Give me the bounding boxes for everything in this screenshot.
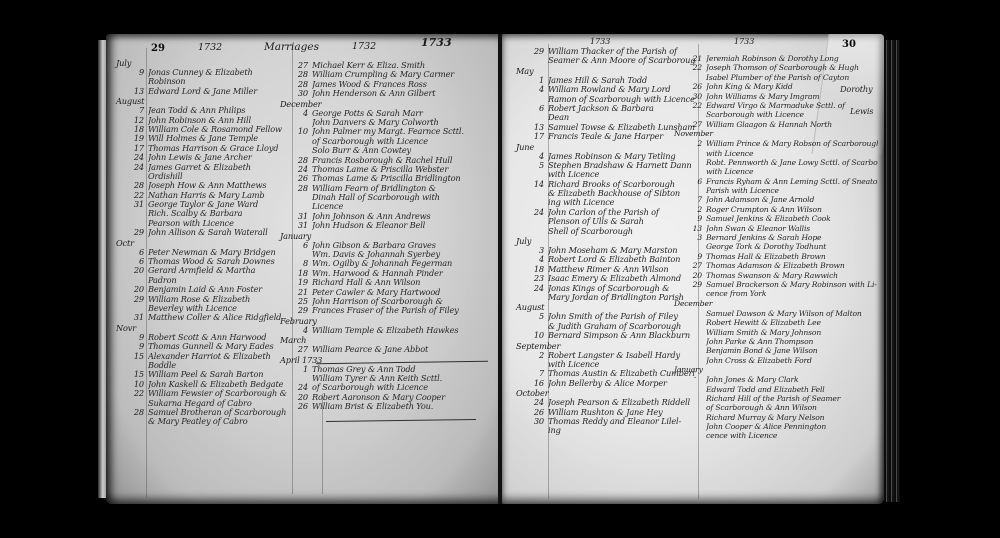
entry-text: Thomas Grey & Ann Todd — [312, 365, 499, 374]
entry-text: Dean — [548, 113, 696, 122]
marriage-entry: 20Robert Aaronson & Mary Cooper — [294, 393, 499, 402]
entry-day: 17 — [530, 132, 548, 141]
entry-day: 10 — [294, 127, 312, 136]
entry-day: 16 — [530, 379, 548, 388]
header-year: 1733 — [421, 36, 452, 49]
entry-text: & Elizabeth Backhouse of Sibton — [548, 189, 696, 198]
entry-day: 27 — [688, 261, 706, 270]
entry-text: John Lewis & Jane Archer — [148, 153, 290, 162]
entry-text: of Scarborough & Ann Wilson — [706, 403, 878, 412]
marriage-entry: Licence — [294, 202, 499, 211]
entry-day — [294, 193, 312, 202]
entry-text: William Fewsier of Scarborough & — [148, 389, 290, 398]
page-number: 30 — [842, 39, 856, 50]
entry-day: 2 — [530, 351, 548, 360]
entry-text: Padron — [148, 276, 290, 285]
entry-text: Seamer & Ann Moore of Scarborough — [548, 56, 696, 65]
marriage-entry: Ramon of Scarborough with Licence — [530, 95, 696, 104]
entry-text: John Cooper & Alice Pennington — [706, 422, 878, 431]
marriage-entry: 3John Moseham & Mary Marston — [530, 246, 696, 255]
page-number: 29 — [151, 43, 165, 54]
marriage-entry: 13Edward Lord & Jane Miller — [130, 87, 290, 96]
entry-day: 29 — [130, 295, 148, 304]
entry-day — [688, 413, 706, 422]
marriage-entry: 29John Allison & Sarah Waterall — [130, 228, 290, 237]
entry-text: John Robinson & Ann Hill — [148, 116, 290, 125]
marriage-entry: 22Joseph Thomson of Scarborough & Hugh — [688, 63, 878, 72]
marriage-entry: Robinson — [130, 77, 290, 86]
marriage-entry: of Scarborough with Licence — [294, 137, 499, 146]
entry-text: Edward Todd and Elizabeth Fell — [706, 385, 878, 394]
entry-text: Richard Hall & Ann Wilson — [312, 278, 499, 287]
marriage-entry: 16John Bellerby & Alice Morper — [530, 379, 696, 388]
entry-day — [688, 242, 706, 251]
marriage-entry: with Licence — [688, 149, 878, 158]
marriage-entry: 6John Gibson & Barbara Graves — [294, 241, 499, 250]
marriage-entry: 20Thomas Swanson & Mary Rawwich — [688, 271, 878, 280]
entry-text: with Licence — [706, 167, 878, 176]
entry-day: 24 — [530, 284, 548, 293]
entry-day: 5 — [530, 312, 548, 321]
entry-text: Francis Ryham & Ann Leming Scttl. of Sne… — [706, 177, 878, 186]
marriage-entry: 9Thomas Gunnell & Mary Eades — [130, 342, 290, 351]
entry-day — [688, 318, 706, 327]
entry-text: Rich. Scalby & Barbara — [148, 209, 290, 218]
marriage-entry: 8Wm. Ogilby & Johannah Fegerman — [294, 259, 499, 268]
entry-text: Robert Hewitt & Elizabeth Lee — [706, 318, 878, 327]
open-register-book: 29 1732 Marriages 1732 1733 July9Jonas C… — [98, 34, 898, 508]
marriage-entry: 24James Garret & Elizabeth — [130, 163, 290, 172]
entry-text: Robert Scott & Ann Harwood — [148, 333, 290, 342]
marriage-entry: 27William Pearce & Jane Abbot — [294, 345, 499, 354]
marriage-entry: John Parke & Ann Thompson — [688, 337, 878, 346]
entry-text: Thomas Adamson & Elizabeth Brown — [706, 261, 878, 270]
entry-text: William Temple & Elizabeth Hawkes — [312, 326, 499, 335]
entry-day: 7 — [688, 195, 706, 204]
marriage-entry: 4William Rowland & Mary Lord — [530, 85, 696, 94]
entry-day — [688, 167, 706, 176]
entry-day — [688, 110, 706, 119]
entry-day — [688, 149, 706, 158]
entry-text: John Bellerby & Alice Morper — [548, 379, 696, 388]
marriage-entry: 13John Swan & Eleanor Wallis — [688, 224, 878, 233]
marriage-entry: 29William Thacker of the Parish of — [530, 47, 696, 56]
entry-day — [130, 209, 148, 218]
entry-text: Will Holmes & Jane Temple — [148, 134, 290, 143]
entry-text: John Carlon of the Parish of — [548, 208, 696, 217]
entry-text: Alexander Harriot & Elizabeth — [148, 352, 290, 361]
entry-text: Samuel Dawson & Mary Wilson of Malton — [706, 309, 878, 318]
entry-text: John Smith of the Parish of Filey — [548, 312, 696, 321]
entry-text: William Tyrer & Ann Keith Scttl. — [312, 374, 499, 383]
entry-text: William Prince & Mary Robson of Scarboro… — [706, 139, 878, 148]
marriage-entry: John Danvers & Mary Colworth — [294, 118, 499, 127]
marriage-entry: 14Richard Brooks of Scarborough — [530, 180, 696, 189]
entry-text: Bernard Simpson & Ann Blackburn — [548, 331, 696, 340]
marriage-entry: 12John Robinson & Ann Hill — [130, 116, 290, 125]
entry-day: 6 — [530, 104, 548, 113]
entry-day: 29 — [130, 228, 148, 237]
entry-day: 21 — [688, 54, 706, 63]
entry-text: Thomas Harrison & Grace Lloyd — [148, 144, 290, 153]
entry-text: ing with Licence — [548, 198, 696, 207]
marriage-entry: cence with Licence — [688, 431, 878, 440]
margin-note: Dorothy — [840, 84, 872, 94]
entry-text: Samuel Jenkins & Elizabeth Cook — [706, 214, 878, 223]
entry-text: Ordishill — [148, 172, 290, 181]
entry-day: 27 — [688, 120, 706, 129]
entry-text: George Taylor & Jane Ward — [148, 200, 290, 209]
entry-text: William Smith & Mary Johnson — [706, 328, 878, 337]
marriage-entry: of Scarborough & Ann Wilson — [688, 403, 878, 412]
marriage-entry: 18Matthew Rimer & Ann Wilson — [530, 265, 696, 274]
entry-text: Robert Jackson & Barbara — [548, 104, 696, 113]
marriage-entry: William Tyrer & Ann Keith Scttl. — [294, 374, 499, 383]
entry-text: John Adamson & Jane Arnold — [706, 195, 878, 204]
entry-text: Sukarna Hegard of Cabro — [148, 399, 290, 408]
entry-text: John Jones & Mary Clark — [706, 375, 878, 384]
entry-text: Benjamin Laid & Ann Foster — [148, 285, 290, 294]
marriage-entry: 4William Temple & Elizabeth Hawkes — [294, 326, 499, 335]
marriage-entry: Samuel Dawson & Mary Wilson of Malton — [688, 309, 878, 318]
entry-text: Gerard Armfield & Martha — [148, 266, 290, 275]
marriage-entry: 18Wm. Harwood & Hannah Pinder — [294, 269, 499, 278]
entry-text: Thomas Swanson & Mary Rawwich — [706, 271, 878, 280]
entry-text: William Crumpling & Mary Carmer — [312, 70, 499, 79]
entry-text: Matthew Coller & Alice Ridgfield — [148, 313, 290, 322]
marriage-entry: 15Alexander Harriot & Elizabeth — [130, 352, 290, 361]
entry-text: with Licence — [548, 170, 696, 179]
entry-text: ing — [548, 426, 696, 435]
entry-text: Isaac Emery & Elizabeth Almond — [548, 274, 696, 283]
entry-text: William Rushton & Jane Hey — [548, 408, 696, 417]
marriage-entry: John Cooper & Alice Pennington — [688, 422, 878, 431]
marriage-entry: 27Michael Kerr & Eliza. Smith — [294, 61, 499, 70]
marriage-entry: Edward Todd and Elizabeth Fell — [688, 385, 878, 394]
marriage-entry: Robert Hewitt & Elizabeth Lee — [688, 318, 878, 327]
entry-text: John Danvers & Mary Colworth — [312, 118, 499, 127]
entry-text: Stephen Bradshaw & Harnett Dann — [548, 161, 696, 170]
entry-text: John Johnson & Ann Andrews — [312, 212, 499, 221]
entry-text: William Rose & Elizabeth — [148, 295, 290, 304]
entry-text: John Kaskell & Elizabeth Bedgate — [148, 380, 290, 389]
entry-text: William Glaagon & Hannah North — [706, 120, 878, 129]
entry-day: 9 — [688, 252, 706, 261]
marriage-entry: 9Thomas Hall & Elizabeth Brown — [688, 252, 878, 261]
entry-text: of Scarborough with Licence — [312, 383, 499, 392]
entry-day — [688, 186, 706, 195]
entry-text: Isabel Plumber of the Parish of Cayton — [706, 73, 878, 82]
marriage-entry: 9Robert Scott & Ann Harwood — [130, 333, 290, 342]
marriage-entry: John Cross & Elizabeth Ford — [688, 356, 878, 365]
entry-text: Wm. Harwood & Hannah Pinder — [312, 269, 499, 278]
entry-day: 1 — [294, 365, 312, 374]
entry-text: with Licence — [706, 149, 878, 158]
entry-day: 22 — [688, 63, 706, 72]
marriage-entry: 4James Robinson & Mary Tetling — [530, 152, 696, 161]
marriage-entry: Sukarna Hegard of Cabro — [130, 399, 290, 408]
header-title: Marriages — [264, 41, 319, 53]
entry-text: Peter Newman & Mary Bridgen — [148, 248, 290, 257]
entry-day: 15 — [130, 352, 148, 361]
entry-day: 13 — [688, 224, 706, 233]
entry-text: cence with Licence — [706, 431, 878, 440]
entry-text: Wm. Davis & Johannah Syerbey — [312, 250, 499, 259]
entry-text: John Hudson & Eleanor Bell — [312, 221, 499, 230]
marriage-entry: 6Robert Jackson & Barbara — [530, 104, 696, 113]
entry-day: 3 — [688, 233, 706, 242]
entry-text: John Palmer my Margt. Fearnce Scttl. — [312, 127, 499, 136]
entry-day — [688, 431, 706, 440]
month-heading: January — [280, 231, 499, 241]
entry-text: Joseph Thomson of Scarborough & Hugh — [706, 63, 878, 72]
marriage-entry: 4Robert Lord & Elizabeth Bainton — [530, 255, 696, 264]
entry-day — [530, 293, 548, 302]
entry-day — [688, 403, 706, 412]
marriage-entry: 26Thomas Lame & Priscilla Bridlington — [294, 174, 499, 183]
month-heading: November — [674, 129, 878, 139]
marriage-entry: Robt. Pennworth & Jane Lowy Scttl. of Sc… — [688, 158, 878, 167]
entries-column: 27Michael Kerr & Eliza. Smith28William C… — [294, 61, 499, 412]
entry-text: John Cross & Elizabeth Ford — [706, 356, 878, 365]
entry-text: & Judith Graham of Scarborough — [548, 322, 696, 331]
marriage-entry: 9Samuel Jenkins & Elizabeth Cook — [688, 214, 878, 223]
marriage-entry: Boddle — [130, 361, 290, 370]
entry-text: Thomas Lame & Priscilla Bridlington — [312, 174, 499, 183]
marriage-entry: 6Thomas Wood & Sarah Downes — [130, 257, 290, 266]
entry-day: 22 — [688, 101, 706, 110]
entry-text: Robert Lord & Elizabeth Bainton — [548, 255, 696, 264]
marriage-entry: 28James Wood & Frances Ross — [294, 80, 499, 89]
entry-text: Samuel Brotheran of Scarborough — [148, 408, 290, 417]
marriage-entry: 3Bernard Jenkins & Sarah Hope — [688, 233, 878, 242]
entry-day — [530, 217, 548, 226]
entries-column: July9Jonas Cunney & ElizabethRobinson13E… — [130, 58, 290, 427]
marriage-entry: 25John Harrison of Scarborough & — [294, 297, 499, 306]
entry-text: Solo Burr & Ann Cowtey — [312, 146, 499, 155]
entry-day: 6 — [688, 177, 706, 186]
entry-text: Shell of Scarborough — [548, 227, 696, 236]
entry-text: William Rowland & Mary Lord — [548, 85, 696, 94]
entry-text: Thomas Lame & Priscilla Webster — [312, 165, 499, 174]
marriage-entry: 27William Glaagon & Hannah North — [688, 120, 878, 129]
marriage-entry: 9Jonas Cunney & Elizabeth — [130, 68, 290, 77]
header-year: 1733 — [590, 37, 610, 46]
marriage-entry: Shell of Scarborough — [530, 227, 696, 236]
entry-text: Roger Crumpton & Ann Wilson — [706, 205, 878, 214]
entry-text: Richard Hill of the Parish of Seamer — [706, 394, 878, 403]
entry-text: Jonas Cunney & Elizabeth — [148, 68, 290, 77]
marriage-entry: 6Peter Newman & Mary Bridgen — [130, 248, 290, 257]
marriage-entry: 4George Potts & Sarah Marr — [294, 109, 499, 118]
marriage-entry: 30Thomas Reddy and Eleanor Lilel- — [530, 417, 696, 426]
marriage-entry: 17Francis Teale & Jane Harper — [530, 132, 696, 141]
entry-text: Robinson — [148, 77, 290, 86]
marriage-entry: 1Thomas Grey & Ann Todd — [294, 365, 499, 374]
entry-day: 10 — [530, 331, 548, 340]
marriage-entry: Dean — [530, 113, 696, 122]
marriage-entry: 10Bernard Simpson & Ann Blackburn — [530, 331, 696, 340]
marriage-entry: 7Jean Todd & Ann Philips — [130, 106, 290, 115]
entry-text: Edward Lord & Jane Miller — [148, 87, 290, 96]
marriage-entry: & Elizabeth Backhouse of Sibton — [530, 189, 696, 198]
marriage-entry: 28William Crumpling & Mary Carmer — [294, 70, 499, 79]
entry-text: George Potts & Sarah Marr — [312, 109, 499, 118]
marriage-entry: 7Thomas Austin & Elizabeth Cumberly — [530, 369, 696, 378]
marriage-entry: 31John Johnson & Ann Andrews — [294, 212, 499, 221]
entry-day — [530, 426, 548, 435]
entry-text: Jeremiah Robinson & Dorothy Long — [706, 54, 878, 63]
entry-day: 31 — [130, 200, 148, 209]
marriage-entry: 24John Carlon of the Parish of — [530, 208, 696, 217]
marriage-entry: 22William Fewsier of Scarborough & — [130, 389, 290, 398]
entry-text: Ramon of Scarborough with Licence — [548, 95, 696, 104]
entry-text: Peter Cawler & Mary Hartwood — [312, 288, 499, 297]
entry-text: Boddle — [148, 361, 290, 370]
entry-text: Dinah Hall of Scarborough with — [312, 193, 499, 202]
entry-day — [530, 189, 548, 198]
entry-day — [688, 309, 706, 318]
header-year: 1732 — [352, 41, 376, 52]
marriage-entry: & Judith Graham of Scarborough — [530, 322, 696, 331]
entry-day: 26 — [688, 82, 706, 91]
entry-text: Francis Rosborough & Rachel Hull — [312, 156, 499, 165]
entry-day: 9 — [130, 68, 148, 77]
marriage-entry: Richard Murray & Mary Nelson — [688, 413, 878, 422]
marriage-entry: 28Joseph How & Ann Matthews — [130, 181, 290, 190]
marriage-entry: Mary Jordan of Bridlington Parish — [530, 293, 696, 302]
entry-text: Thomas Wood & Sarah Downes — [148, 257, 290, 266]
marriage-entry: cence from York — [688, 289, 878, 298]
entry-text: John Allison & Sarah Waterall — [148, 228, 290, 237]
entry-day — [130, 417, 148, 426]
entry-text: William Pearce & Jane Abbot — [312, 345, 499, 354]
marriage-entry: 28Francis Rosborough & Rachel Hull — [294, 156, 499, 165]
entries-column: 29William Thacker of the Parish ofSeamer… — [530, 47, 696, 436]
marriage-entry: 28William Fearn of Bridlington & — [294, 184, 499, 193]
entry-text: Licence — [312, 202, 499, 211]
marriage-entry: ing — [530, 426, 696, 435]
entry-day: 22 — [130, 389, 148, 398]
marriage-entry: 30John Henderson & Ann Gilbert — [294, 89, 499, 98]
marriage-entry: 5Stephen Bradshaw & Harnett Dann — [530, 161, 696, 170]
marriage-entry: 23Isaac Emery & Elizabeth Almond — [530, 274, 696, 283]
marriage-entry: Padron — [130, 276, 290, 285]
entry-text: William Brist & Elizabeth You. — [312, 402, 499, 411]
entry-day: 9 — [688, 214, 706, 223]
entry-day: 30 — [688, 92, 706, 101]
entry-text: Bernard Jenkins & Sarah Hope — [706, 233, 878, 242]
marriage-entry: Isabel Plumber of the Parish of Cayton — [688, 73, 878, 82]
entry-text: Thomas Hall & Elizabeth Brown — [706, 252, 878, 261]
entry-text: cence from York — [706, 289, 878, 298]
marriage-entry: 5John Smith of the Parish of Filey — [530, 312, 696, 321]
marriage-entry: Dinah Hall of Scarborough with — [294, 193, 499, 202]
entry-text: Joseph Pearson & Elizabeth Riddell — [548, 398, 696, 407]
marriage-entry: 2William Prince & Mary Robson of Scarbor… — [688, 139, 878, 148]
entry-text: Robert Langster & Isabell Hardy — [548, 351, 696, 360]
entry-day — [688, 385, 706, 394]
entry-day: 27 — [294, 345, 312, 354]
entry-text: Parish with Licence — [706, 186, 878, 195]
marriage-entry: 18William Cole & Rosamond Fellow — [130, 125, 290, 134]
marriage-entry: 29Frances Fraser of the Parish of Filey — [294, 306, 499, 315]
marriage-entry: Ordishill — [130, 172, 290, 181]
marriage-entry: 31George Taylor & Jane Ward — [130, 200, 290, 209]
marriage-entry: & Mary Peatley of Cabro — [130, 417, 290, 426]
entry-text: Plenson of Ulls & Sarah — [548, 217, 696, 226]
entry-day: 20 — [688, 271, 706, 280]
marriage-entry: 31Matthew Coller & Alice Ridgfield — [130, 313, 290, 322]
entry-day — [530, 56, 548, 65]
entry-text: Nathan Harris & Mary Lamb — [148, 191, 290, 200]
header-year: 1733 — [734, 37, 754, 46]
entry-day — [688, 328, 706, 337]
marriage-entry: Richard Hill of the Parish of Seamer — [688, 394, 878, 403]
entry-text: Richard Brooks of Scarborough — [548, 180, 696, 189]
marriage-entry: 20Benjamin Laid & Ann Foster — [130, 285, 290, 294]
marriage-entry: 15William Peel & Sarah Barton — [130, 370, 290, 379]
entry-day — [688, 346, 706, 355]
entry-text: & Mary Peatley of Cabro — [148, 417, 290, 426]
entry-text: Beverley with Licence — [148, 304, 290, 313]
marriage-entry: George Tork & Dorothy Todhunt — [688, 242, 878, 251]
left-page: 29 1732 Marriages 1732 1733 July9Jonas C… — [106, 34, 504, 504]
entry-text: John Moseham & Mary Marston — [548, 246, 696, 255]
marriage-entry: John Jones & Mary Clark — [688, 375, 878, 384]
entry-text: John Gibson & Barbara Graves — [312, 241, 499, 250]
marriage-entry: William Smith & Mary Johnson — [688, 328, 878, 337]
marriage-entry: 17Thomas Harrison & Grace Lloyd — [130, 144, 290, 153]
entry-text: Benjamin Bond & Jane Wilson — [706, 346, 878, 355]
month-heading: December — [280, 99, 499, 109]
entry-day: 29 — [294, 306, 312, 315]
entry-day: 28 — [130, 408, 148, 417]
entry-day — [688, 394, 706, 403]
entry-text: Samuel Brackerson & Mary Robinson with L… — [706, 280, 878, 289]
month-heading: January — [674, 365, 878, 375]
entry-day: 30 — [530, 417, 548, 426]
entry-day — [688, 337, 706, 346]
entry-day: 30 — [294, 89, 312, 98]
entry-text: Jean Todd & Ann Philips — [148, 106, 290, 115]
marriage-entry: 21Jeremiah Robinson & Dorothy Long — [688, 54, 878, 63]
entry-text: John Harrison of Scarborough & — [312, 297, 499, 306]
marriage-entry: Beverley with Licence — [130, 304, 290, 313]
marriage-entry: 28Samuel Brotheran of Scarborough — [130, 408, 290, 417]
divider-line — [326, 419, 476, 422]
entry-text: Thomas Gunnell & Mary Eades — [148, 342, 290, 351]
entry-day — [294, 137, 312, 146]
entry-text: John Henderson & Ann Gilbert — [312, 89, 499, 98]
marriage-entry: 20Gerard Armfield & Martha — [130, 266, 290, 275]
marriage-entry: 2Roger Crumpton & Ann Wilson — [688, 205, 878, 214]
entry-day: 2 — [688, 205, 706, 214]
entry-day: 4 — [294, 109, 312, 118]
marriage-entry: 24of Scarborough with Licence — [294, 383, 499, 392]
book-right-edge — [884, 40, 900, 502]
marriage-entry: 6Francis Ryham & Ann Leming Scttl. of Sn… — [688, 177, 878, 186]
entry-text: John Swan & Eleanor Wallis — [706, 224, 878, 233]
entry-day — [688, 73, 706, 82]
entry-text: James Robinson & Mary Tetling — [548, 152, 696, 161]
marriage-entry: 24Joseph Pearson & Elizabeth Riddell — [530, 398, 696, 407]
marriage-entry: 31John Hudson & Eleanor Bell — [294, 221, 499, 230]
entry-text: Michael Kerr & Eliza. Smith — [312, 61, 499, 70]
right-page: 30 1733 1733 29William Thacker of the Pa… — [502, 34, 884, 504]
marriage-entry: 26William Rushton & Jane Hey — [530, 408, 696, 417]
entry-text: Jonas Kings of Scarborough & — [548, 284, 696, 293]
